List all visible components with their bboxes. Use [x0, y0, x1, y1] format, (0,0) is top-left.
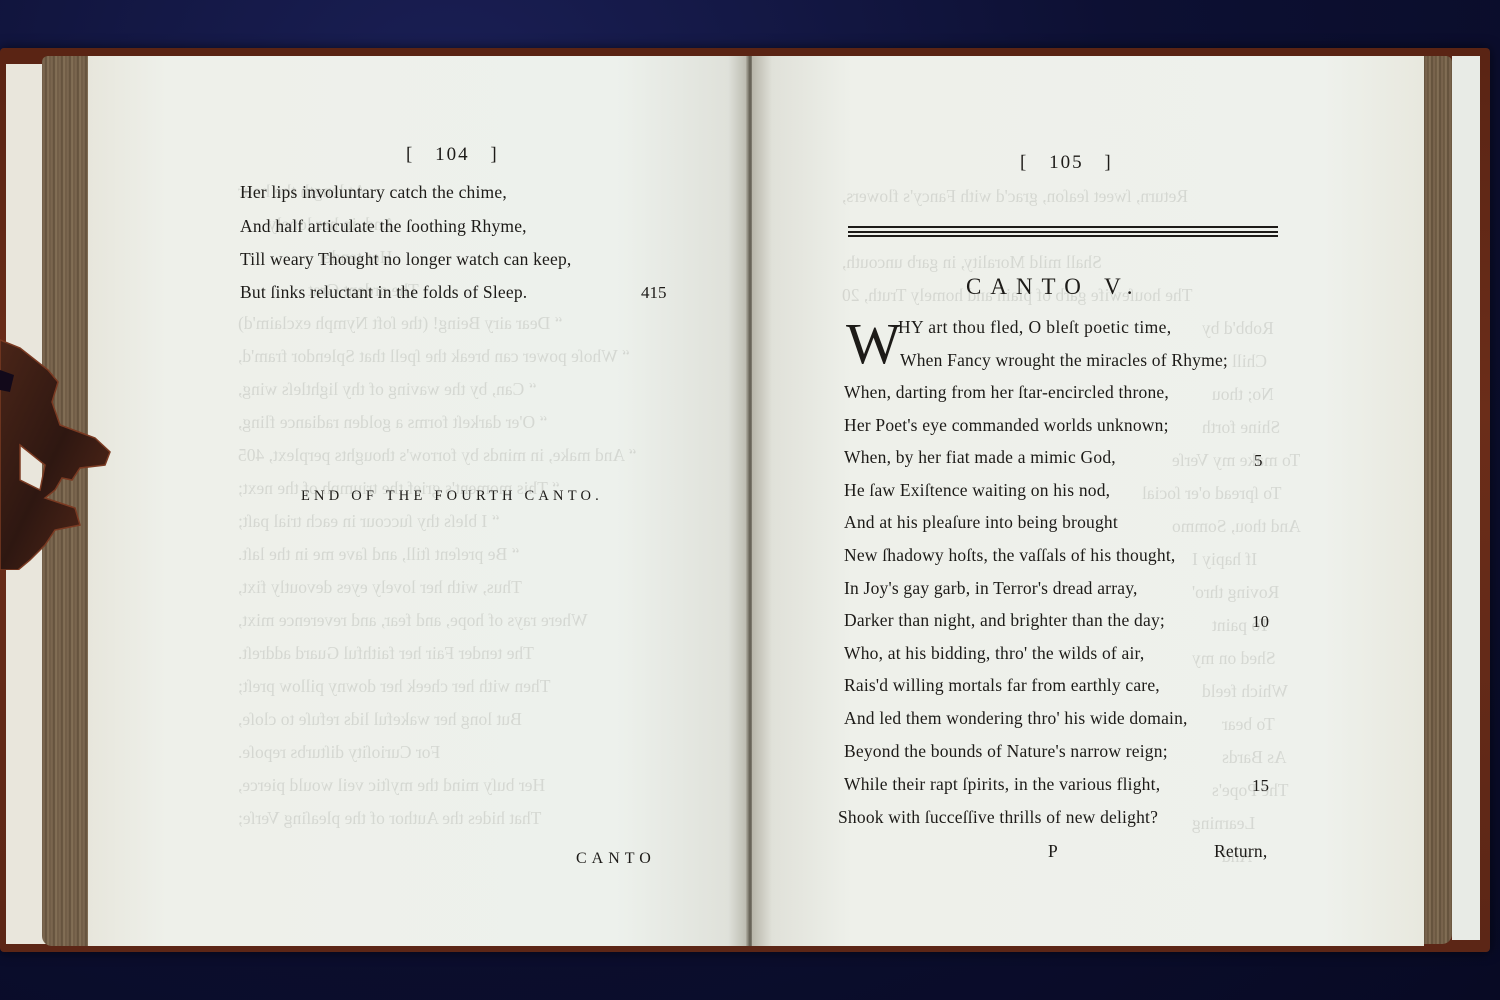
- show-through-line: Roving thro': [1192, 582, 1279, 603]
- fore-edge-right: [1424, 56, 1452, 944]
- ornamental-rule: [848, 226, 1278, 228]
- verse-line: Darker than night, and brighter than the…: [844, 610, 1165, 631]
- catchword: Return,: [1214, 841, 1267, 862]
- show-through-line: And thou, Sommo: [1172, 516, 1301, 537]
- verse-line: And half articulate the ſoothing Rhyme,: [240, 216, 527, 237]
- show-through-line: “ I bleſs thy ſuccour in each trial paſt…: [238, 511, 499, 532]
- show-through-line: Robb'd by: [1202, 318, 1274, 339]
- show-through-line: Shine forth: [1202, 417, 1280, 438]
- end-of-canto-note: END OF THE FOURTH CANTO.: [301, 488, 603, 505]
- show-through-line: If hapiy I: [1192, 549, 1257, 570]
- left-page: At length the hour And, in her lonely He…: [88, 56, 748, 946]
- show-through-line: To make my Verſe: [1172, 450, 1300, 471]
- verse-line: When, darting from her ſtar-encircled th…: [844, 382, 1169, 403]
- metal-clasp-icon: [0, 330, 115, 570]
- show-through-line: Where rays of hope, and fear, and revere…: [238, 610, 588, 631]
- show-through-line: Then with her cheek her downy pillow pre…: [238, 676, 550, 697]
- verse-line: Who, at his bidding, thro' the wilds of …: [844, 643, 1144, 664]
- signature-mark: P: [1048, 841, 1058, 862]
- show-through-line: But long her wakeful lids refuſe to cloſ…: [238, 709, 522, 730]
- verse-line: Rais'd willing mortals far from earthly …: [844, 675, 1160, 696]
- page-number: [ 105 ]: [1020, 152, 1113, 174]
- verse-line: Beyond the bounds of Nature's narrow rei…: [844, 741, 1168, 762]
- line-number: 5: [1254, 451, 1263, 471]
- show-through-line: To bear: [1222, 714, 1275, 735]
- verse-line: He ſaw Exiſtence waiting on his nod,: [844, 480, 1110, 501]
- verse-line: Till weary Thought no longer watch can k…: [240, 249, 572, 270]
- show-through-line: Chill: [1232, 351, 1267, 372]
- endpaper-right: [1452, 56, 1480, 940]
- book-photograph: At length the hour And, in her lonely He…: [0, 0, 1500, 1000]
- show-through-line: Her buſy mind the myſtic veil would pier…: [238, 775, 545, 796]
- page-number: [ 104 ]: [406, 144, 499, 166]
- show-through-line: That hides the Author of the pleaſing Ve…: [238, 808, 541, 829]
- show-through-line: “ Can, by the waving of thy lightleſs wi…: [238, 379, 536, 400]
- show-through-line: “ Be preſent ſtill, and ſave me in the l…: [238, 544, 519, 565]
- show-through-line: Return, ſweet ſeaſon, grac'd with Fancy'…: [842, 186, 1188, 207]
- verse-line: Her Poet's eye commanded worlds unknown;: [844, 415, 1169, 436]
- verse-line: Her lips involuntary catch the chime,: [240, 182, 507, 203]
- catchword: CANTO: [576, 850, 656, 868]
- ornamental-rule: [848, 235, 1278, 237]
- show-through-line: To ſpread o'er ſocial: [1142, 483, 1281, 504]
- show-through-line: “ And make, in minds by forrow's thought…: [238, 445, 636, 466]
- show-through-line: Shed on my: [1192, 648, 1276, 669]
- show-through-line: The tender Fair her faithful Guard addre…: [238, 643, 534, 664]
- show-through-line: Thus, with her lovely eyes devoutly fixt…: [238, 577, 522, 598]
- show-through-line: The Pope's: [1212, 780, 1289, 801]
- show-through-line: Shall mild Morality, in garb uncouth,: [842, 252, 1102, 273]
- show-through-line: “ Dear airy Being! (the ſoft Nymph excla…: [238, 313, 562, 334]
- show-through-line: “ Whoſe power can break the ſpell that S…: [238, 346, 630, 367]
- verse-line: Shook with ſucceſſive thrills of new del…: [838, 807, 1158, 828]
- line-number: 10: [1252, 612, 1269, 632]
- verse-line: HY art thou fled, O bleſt poetic time,: [898, 317, 1172, 338]
- verse-line: And led them wondering thro' his wide do…: [844, 708, 1188, 729]
- show-through-line: Which feeld: [1202, 681, 1288, 702]
- verse-line: In Joy's gay garb, in Terror's dread arr…: [844, 578, 1138, 599]
- canto-heading: CANTO V.: [966, 274, 1142, 300]
- right-page: Return, ſweet ſeaſon, grac'd with Fancy'…: [752, 56, 1424, 946]
- line-number: 415: [641, 283, 667, 303]
- drop-cap: W: [846, 315, 901, 373]
- verse-line: When, by her fiat made a mimic God,: [844, 447, 1116, 468]
- verse-line: While their rapt ſpirits, in the various…: [844, 774, 1160, 795]
- verse-line: When Fancy wrought the miracles of Rhyme…: [900, 350, 1228, 371]
- verse-line: And at his pleaſure into being brought: [844, 512, 1118, 533]
- line-number: 15: [1252, 776, 1269, 796]
- show-through-line: “ O'er darkeſt forms a golden radiance f…: [238, 412, 547, 433]
- show-through-line: No; thou: [1212, 384, 1274, 405]
- ornamental-rule: [848, 231, 1278, 233]
- verse-line: But ſinks reluctant in the folds of Slee…: [240, 282, 527, 303]
- verse-line: New ſhadowy hoſts, the vaſſals of his th…: [844, 545, 1175, 566]
- show-through-line: As Bards: [1222, 747, 1287, 768]
- show-through-line: Learning: [1192, 813, 1255, 834]
- show-through-line: For Curioſity diſturbs repoſe.: [238, 742, 440, 763]
